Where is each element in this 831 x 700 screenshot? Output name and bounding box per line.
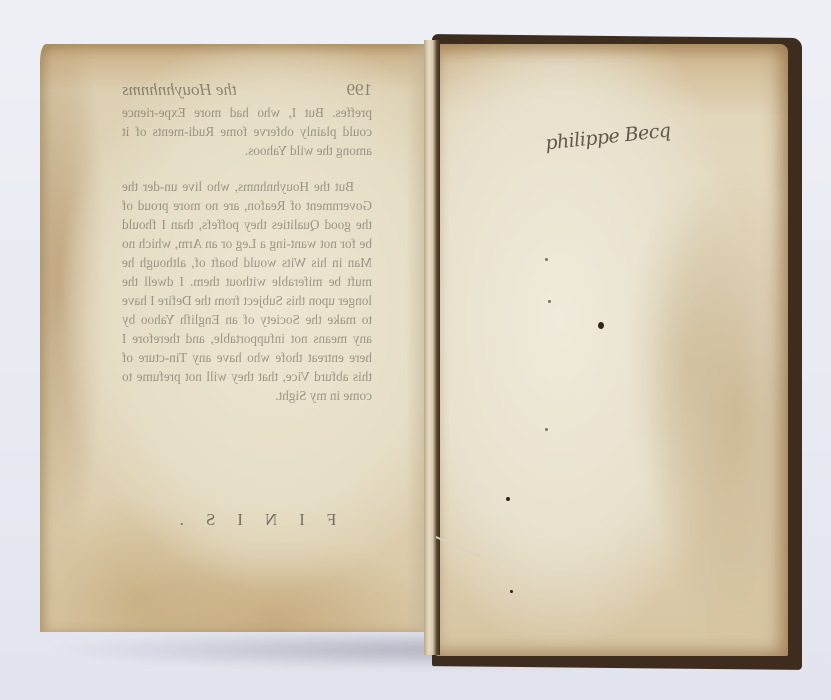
- paragraph-1: preffes. But I, who had more Expe-rience…: [122, 103, 372, 160]
- foxing-spot: [598, 322, 604, 329]
- foxing-spot: [545, 428, 548, 431]
- foxing-spot: [548, 300, 551, 303]
- page-number: 199: [347, 80, 373, 99]
- foxing-spot: [506, 497, 510, 501]
- running-head-title: the Houyhnhnms: [122, 80, 237, 99]
- paragraph-2: But the Houyhnhnms, who live un-der the …: [122, 177, 372, 405]
- bleed-through-text: 199 the Houyhnhnms preffes. But I, who h…: [122, 80, 372, 405]
- running-header: 199 the Houyhnhnms: [122, 80, 372, 99]
- finis-text: FINIS.: [122, 510, 372, 529]
- book-gutter: [424, 40, 440, 655]
- book-photo: 199 the Houyhnhnms preffes. But I, who h…: [0, 0, 831, 700]
- foxing-spot: [545, 258, 548, 261]
- foxing-spot: [510, 590, 513, 593]
